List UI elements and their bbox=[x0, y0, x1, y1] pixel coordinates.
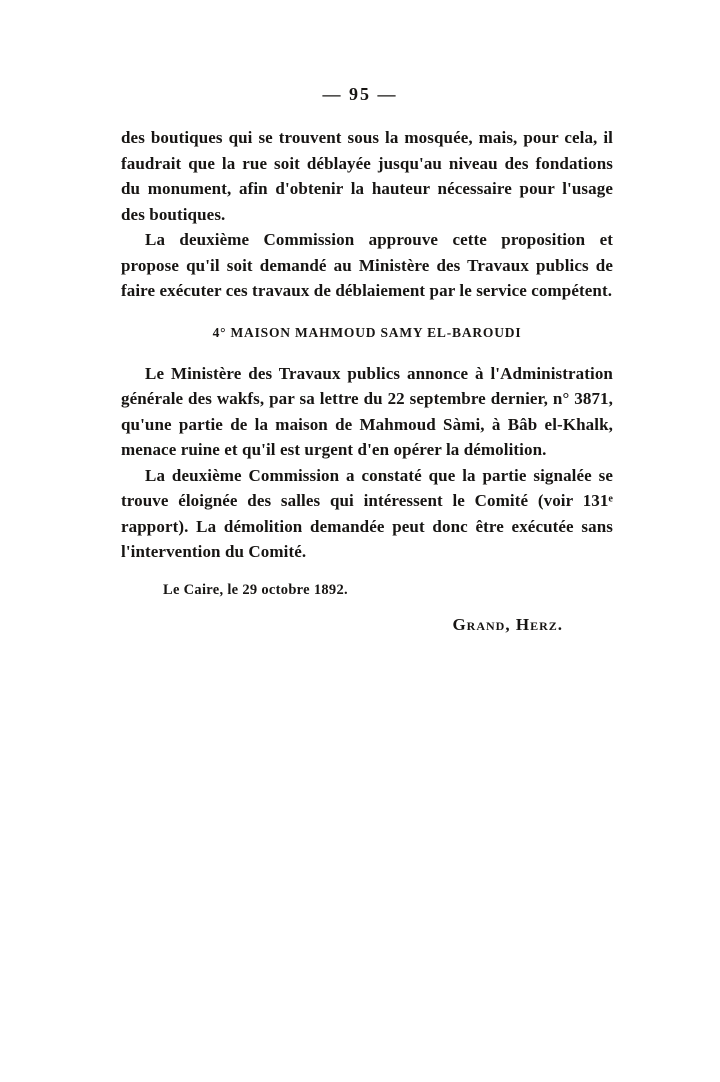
signature: Grand, Herz. bbox=[121, 615, 563, 635]
section-heading: 4° MAISON MAHMOUD SAMY EL-BAROUDI bbox=[121, 325, 613, 341]
page-number: — 95 — bbox=[0, 84, 720, 105]
scanned-document-page: — 95 — des boutiques qui se trouvent sou… bbox=[0, 0, 720, 1082]
paragraph-ministry-announcement: Le Ministère des Travaux publics annonce… bbox=[121, 361, 613, 463]
paragraph-commission-proposal: La deuxième Commission approuve cette pr… bbox=[121, 227, 613, 304]
dateline: Le Caire, le 29 octobre 1892. bbox=[163, 582, 613, 599]
paragraph-continuation: des boutiques qui se trouvent sous la mo… bbox=[121, 125, 613, 227]
document-body: des boutiques qui se trouvent sous la mo… bbox=[121, 125, 613, 635]
paragraph-commission-finding: La deuxième Commission a constaté que la… bbox=[121, 463, 613, 565]
